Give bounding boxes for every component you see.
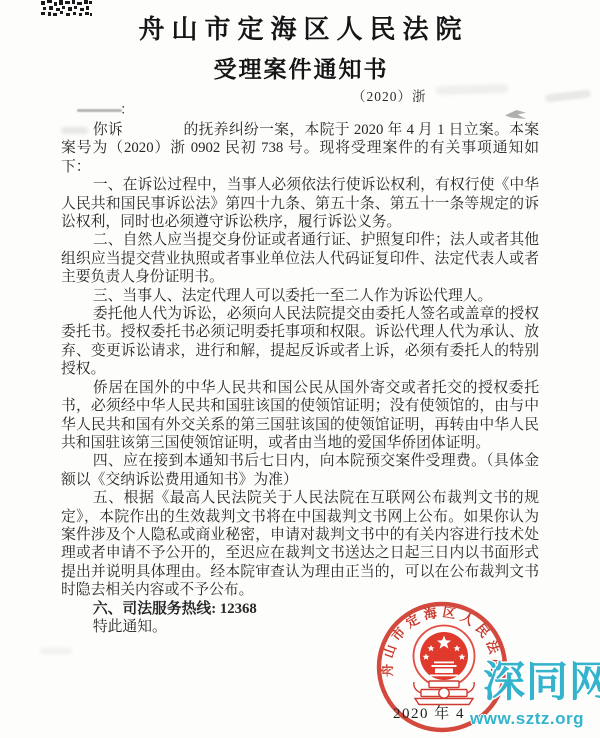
case-number-prefix: （2020）浙	[352, 85, 427, 105]
scan-smudge	[436, 84, 508, 96]
notice-body: 你诉 的抚养纠纷一案，本院于 2020 年 4 月 1 日立案。本案案号为（20…	[61, 121, 539, 636]
issue-date: 2020 年 4	[393, 702, 465, 723]
item-4-paragraph: 四、应在接到本通知书后七日内，向本院预交案件受理费。（具体金额以《交纳诉讼费用通…	[61, 452, 539, 489]
item-5-paragraph: 五、根据《最高人民法院关于人民法院在互联网公布裁判文书的规定》，本院作出的生效裁…	[61, 489, 539, 599]
addressee-colon: ：	[120, 99, 134, 119]
item-3-overseas-paragraph: 侨居在国外的中华人民共和国公民从国外寄交或者托交的授权委托书，必须经中华人民共和…	[61, 379, 539, 453]
scan-mark	[505, 110, 526, 119]
item-1-paragraph: 一、在诉讼过程中，当事人必须依法行使诉讼权利，有权行使《中华人民共和国民事诉讼法…	[61, 176, 539, 231]
item-2-paragraph: 二、自然人应当提交身份证或者通行证、护照复印件；法人或者其他组织应当提交营业执照…	[61, 231, 539, 286]
national-emblem-icon	[414, 626, 475, 705]
doc-title: 受理案件通知书	[0, 51, 600, 84]
watermark-site-url: www.sztz.org	[470, 709, 584, 729]
court-name-title: 舟山市定海区人民法院	[0, 9, 600, 46]
addressee-redaction	[77, 109, 122, 112]
notice-document-page: 舟山市定海区人民法院 受理案件通知书 （2020）浙 ： 你诉 的抚养纠纷一案，…	[0, 0, 600, 738]
watermark-site-name: 深同网	[483, 659, 600, 705]
scan-smudge	[545, 89, 592, 103]
scan-smudge	[40, 648, 72, 654]
item-3-detail-paragraph: 委托他人代为诉讼，必须向人民法院提交由委托人签名或盖章的授权委托书。授权委托书必…	[61, 305, 539, 379]
intro-paragraph: 你诉 的抚养纠纷一案，本院于 2020 年 4 月 1 日立案。本案案号为（20…	[61, 121, 539, 176]
item-3-paragraph: 三、当事人、法定代理人可以委托一至二人作为诉讼代理人。	[61, 287, 539, 305]
